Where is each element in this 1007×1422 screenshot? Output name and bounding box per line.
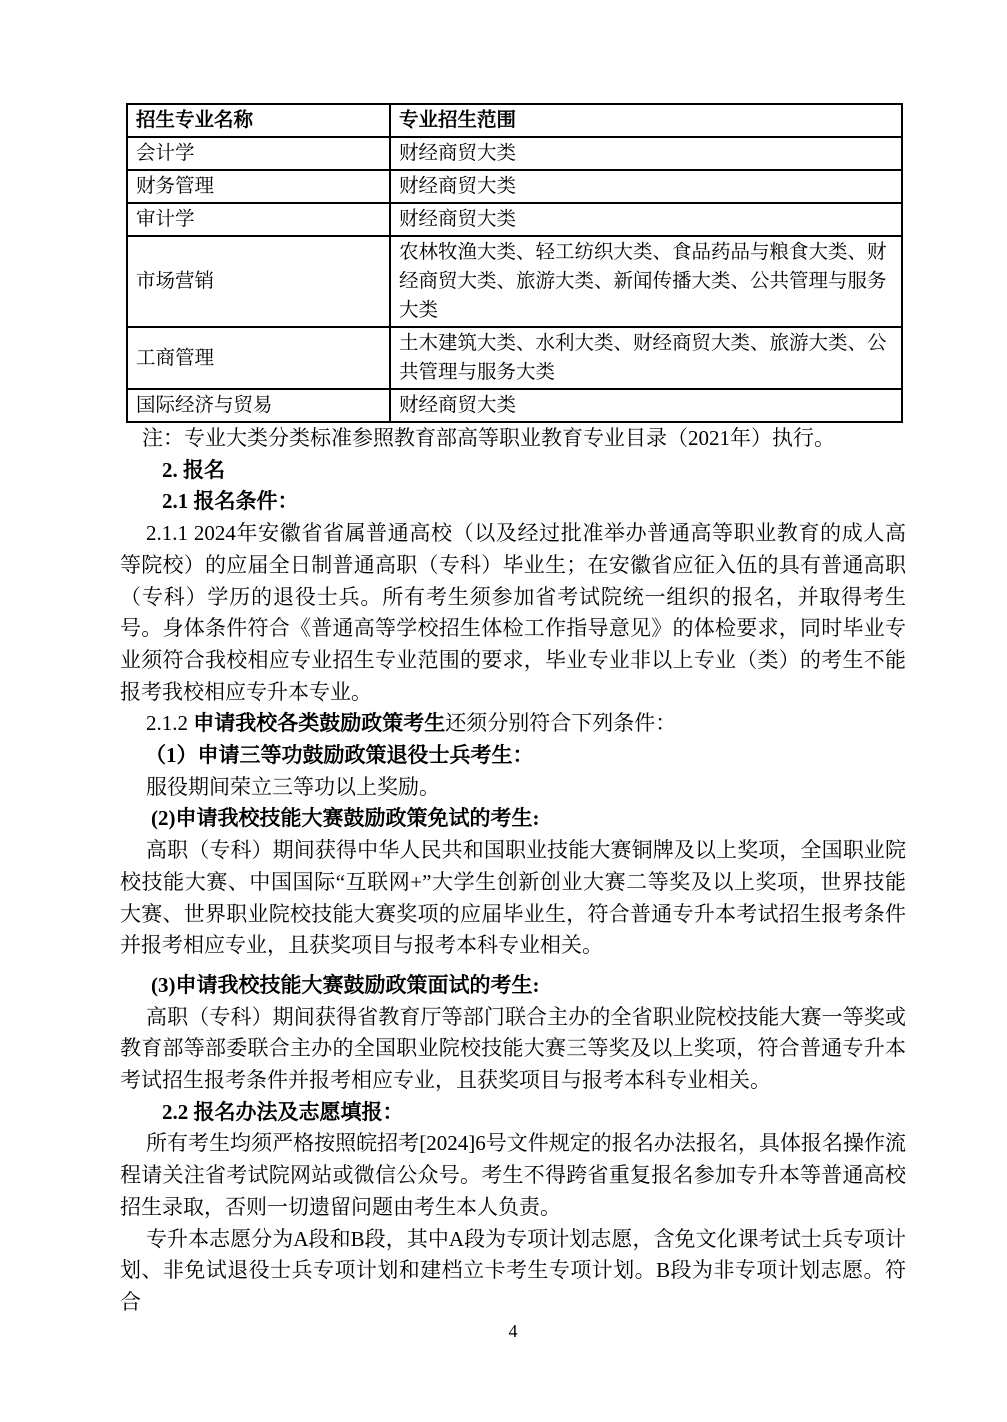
- table-row: 会计学 财经商贸大类: [127, 137, 902, 170]
- item-2-body: 高职（专科）期间获得中华人民共和国职业技能大赛铜牌及以上奖项，全国职业院校技能大…: [120, 835, 906, 962]
- item-1-heading: （1）申请三等功鼓励政策退役士兵考生：: [120, 740, 906, 772]
- scope-cell: 财经商贸大类: [390, 170, 902, 203]
- paragraph-2-1-2-rest: 还须分别符合下列条件：: [445, 711, 676, 735]
- major-cell: 财务管理: [127, 170, 390, 203]
- scope-cell: 财经商贸大类: [390, 203, 902, 236]
- paragraph-2-1-1: 2.1.1 2024年安徽省省属普通高校（以及经过批准举办普通高等职业教育的成人…: [120, 518, 906, 708]
- section-2-1-heading: 2.1 报名条件：: [120, 486, 906, 518]
- table-header-row: 招生专业名称 专业招生范围: [127, 104, 902, 137]
- paragraph-registration-method: 所有考生均须严格按照皖招考[2024]6号文件规定的报名办法报名，具体报名操作流…: [120, 1128, 906, 1223]
- paragraph-2-1-2-bold: 申请我校各类鼓励政策考生: [193, 711, 445, 735]
- major-cell: 国际经济与贸易: [127, 389, 390, 422]
- page-number: 4: [120, 1321, 906, 1341]
- scope-cell: 财经商贸大类: [390, 389, 902, 422]
- scope-cell: 财经商贸大类: [390, 137, 902, 170]
- item-3-heading: (3)申请我校技能大赛鼓励政策面试的考生:: [120, 970, 906, 1002]
- scope-cell: 土木建筑大类、水利大类、财经商贸大类、旅游大类、公共管理与服务大类: [390, 327, 902, 389]
- section-2-2-heading: 2.2 报名办法及志愿填报：: [120, 1097, 906, 1129]
- table-row: 市场营销 农林牧渔大类、轻工纺织大类、食品药品与粮食大类、财经商贸大类、旅游大类…: [127, 236, 902, 327]
- item-3-body: 高职（专科）期间获得省教育厅等部门联合主办的全省职业院校技能大赛一等奖或教育部等…: [120, 1002, 906, 1097]
- paragraph-2-1-2-number: 2.1.2: [146, 711, 193, 735]
- table-note: 注：专业大类分类标准参照教育部高等职业教育专业目录（2021年）执行。: [120, 423, 906, 455]
- scope-cell: 农林牧渔大类、轻工纺织大类、食品药品与粮食大类、财经商贸大类、旅游大类、新闻传播…: [390, 236, 902, 327]
- table-row: 审计学 财经商贸大类: [127, 203, 902, 236]
- paragraph-volunteer-sections: 专升本志愿分为A段和B段，其中A段为专项计划志愿，含免文化课考试士兵专项计划、非…: [120, 1224, 906, 1319]
- paragraph-2-1-2: 2.1.2 申请我校各类鼓励政策考生还须分别符合下列条件：: [120, 708, 906, 740]
- table-header-scope: 专业招生范围: [390, 104, 902, 137]
- table-row: 国际经济与贸易 财经商贸大类: [127, 389, 902, 422]
- admission-majors-table: 招生专业名称 专业招生范围 会计学 财经商贸大类 财务管理 财经商贸大类 审计学…: [126, 103, 903, 423]
- major-cell: 会计学: [127, 137, 390, 170]
- table-header-major: 招生专业名称: [127, 104, 390, 137]
- major-cell: 市场营销: [127, 236, 390, 327]
- major-cell: 工商管理: [127, 327, 390, 389]
- document-page: 招生专业名称 专业招生范围 会计学 财经商贸大类 财务管理 财经商贸大类 审计学…: [0, 0, 1007, 1341]
- table-row: 工商管理 土木建筑大类、水利大类、财经商贸大类、旅游大类、公共管理与服务大类: [127, 327, 902, 389]
- item-2-heading: (2)申请我校技能大赛鼓励政策免试的考生:: [120, 803, 906, 835]
- major-cell: 审计学: [127, 203, 390, 236]
- item-1-body: 服役期间荣立三等功以上奖励。: [120, 772, 906, 804]
- table-row: 财务管理 财经商贸大类: [127, 170, 902, 203]
- section-2-heading: 2. 报名: [120, 455, 906, 487]
